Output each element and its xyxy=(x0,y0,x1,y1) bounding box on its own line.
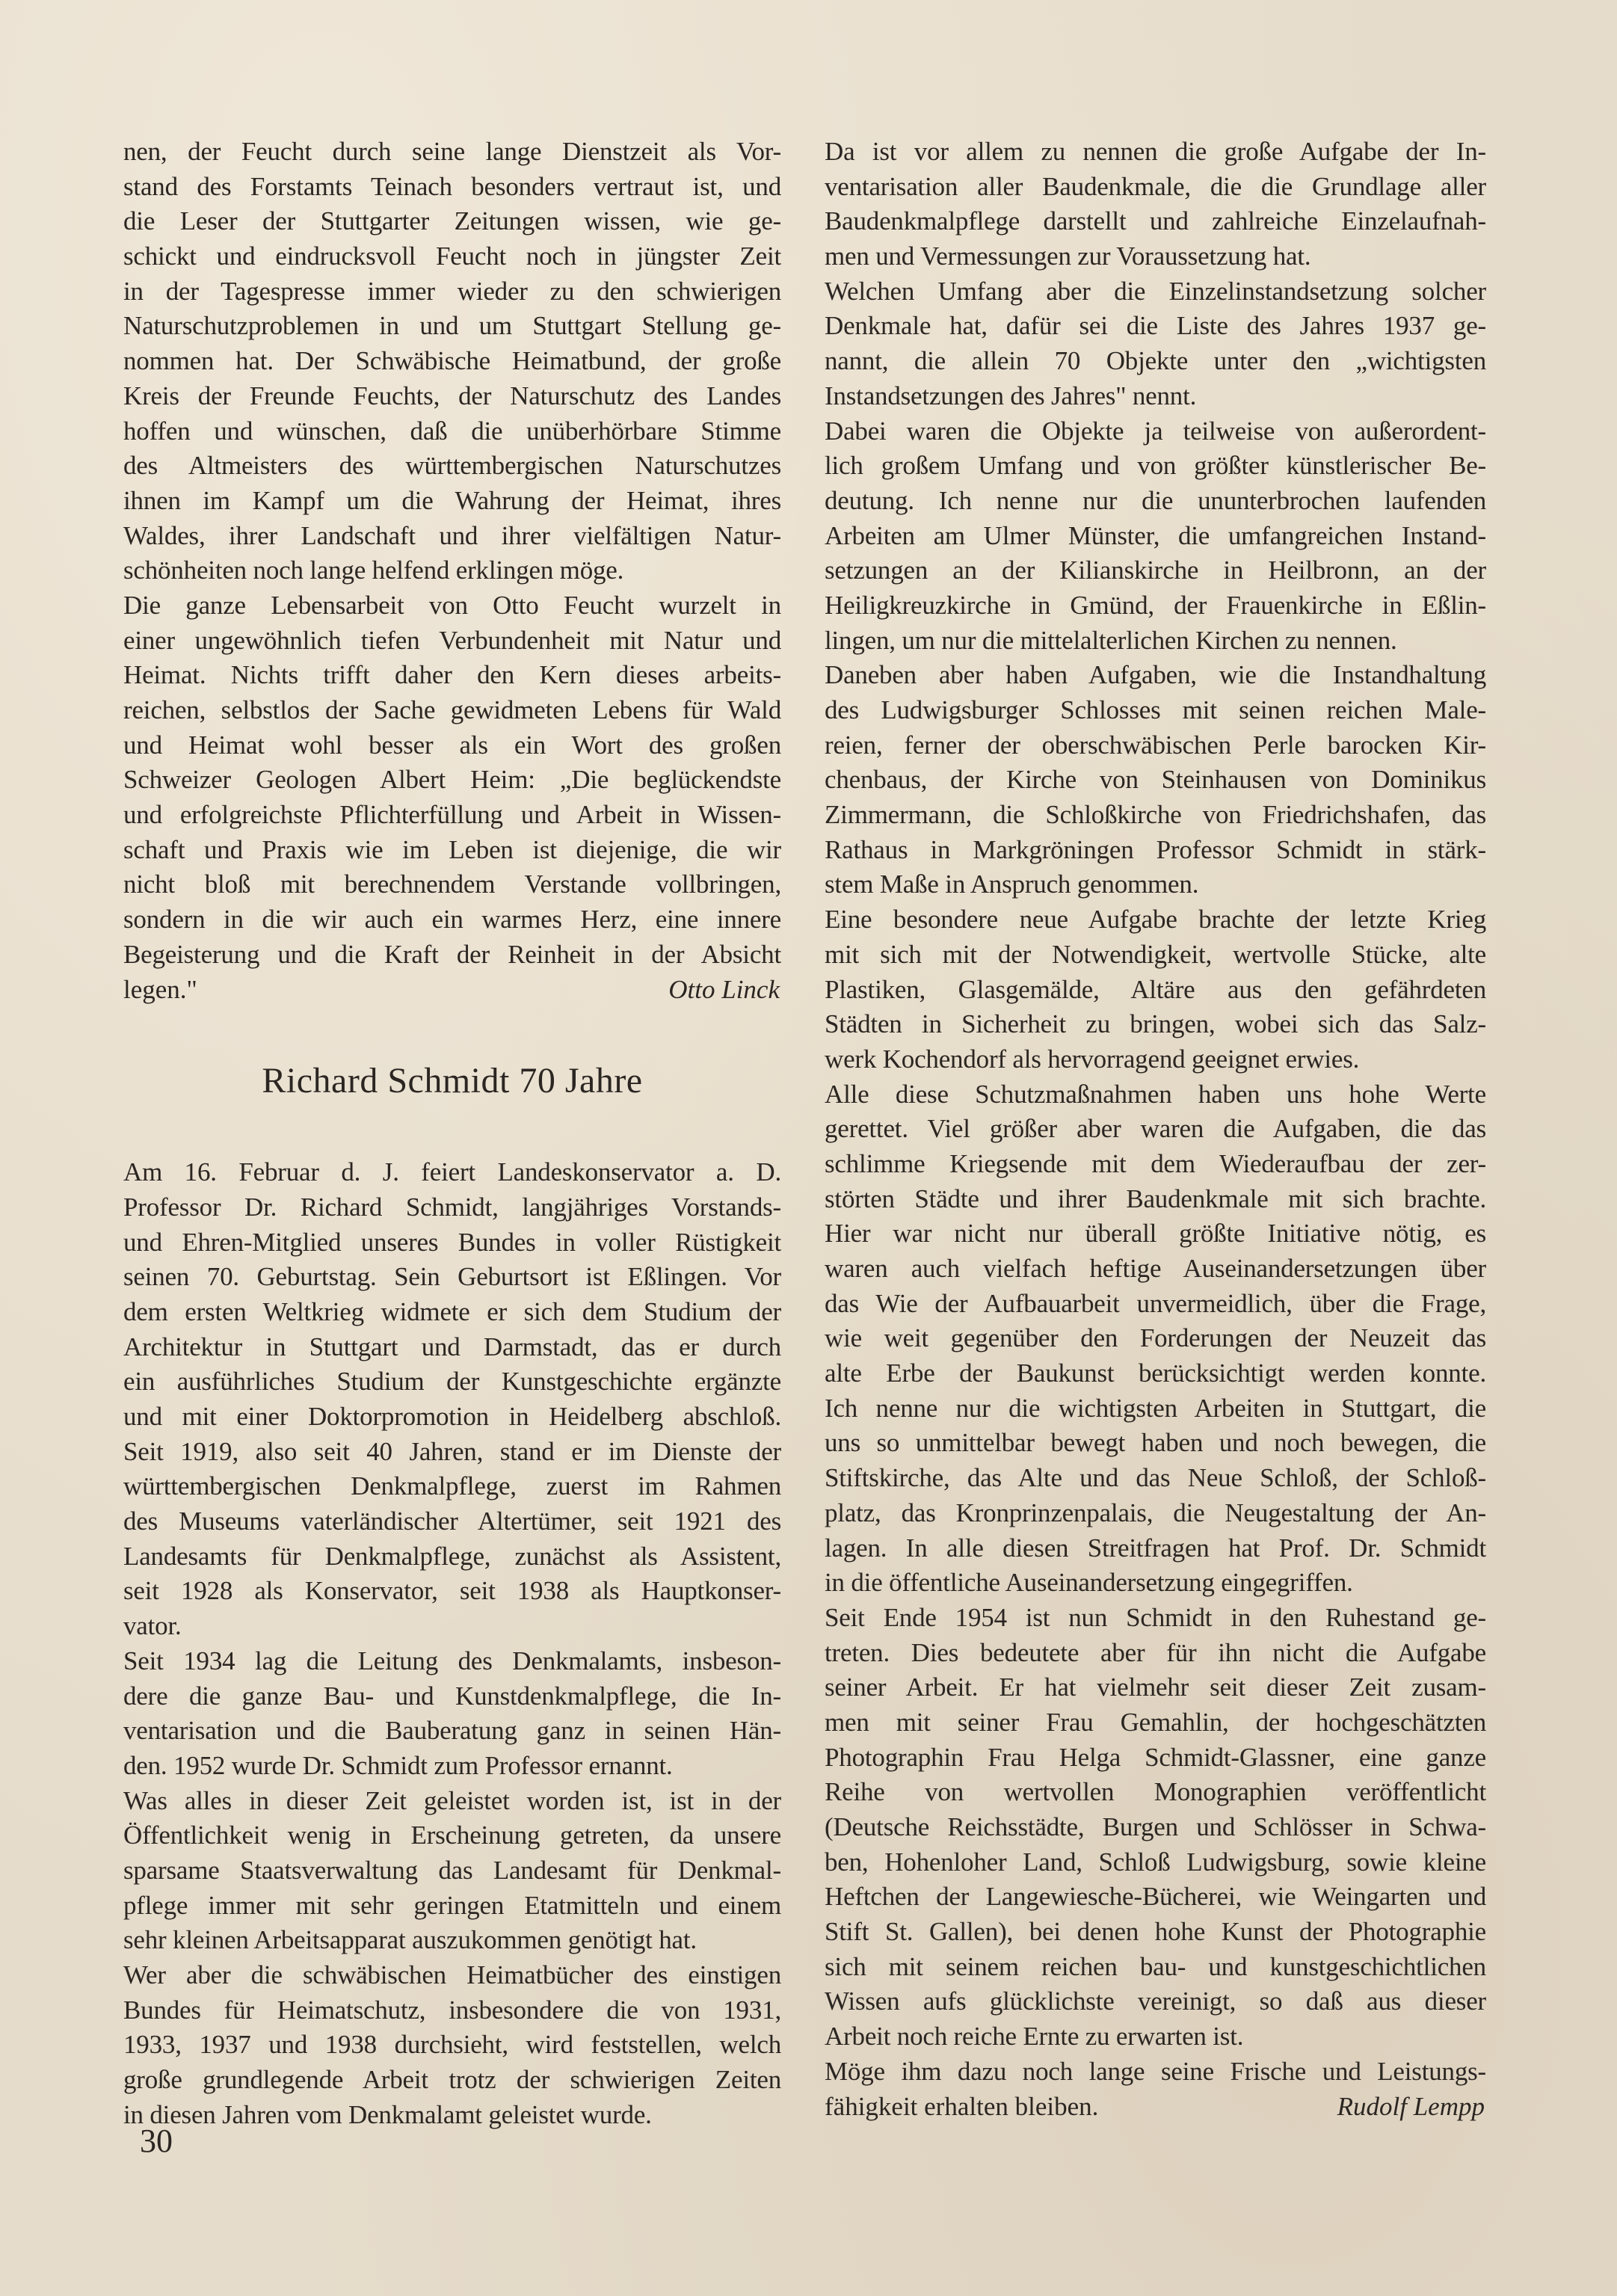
text-line: men mit seiner Frau Gemahlin, der hochge… xyxy=(825,1705,1486,1741)
text-line: des Museums vaterländischer Altertümer, … xyxy=(123,1504,781,1539)
text-line: mit sich mit der Notwendigkeit, wertvoll… xyxy=(825,938,1486,973)
text-line: in die öffentliche Auseinandersetzung ei… xyxy=(825,1566,1486,1601)
text-line: (Deutsche Reichsstädte, Burgen und Schlö… xyxy=(825,1810,1486,1845)
text-line: alte Erbe der Baukunst berücksichtigt we… xyxy=(825,1356,1486,1391)
text-line: lingen, um nur die mittelalterlichen Kir… xyxy=(825,624,1486,659)
text-line: Stiftskirche, das Alte und das Neue Schl… xyxy=(825,1461,1486,1496)
text-line: stand des Forstamts Teinach besonders ve… xyxy=(123,170,781,205)
signature-line: legen." Otto Linck xyxy=(123,973,781,1008)
text-line: sich mit seinem reichen bau- und kunstge… xyxy=(825,1950,1486,1985)
article-heading: Richard Schmidt 70 Jahre xyxy=(123,1007,781,1155)
text-line: in der Tagespresse immer wieder zu den s… xyxy=(123,274,781,310)
text-line: gerettet. Viel größer aber waren die Auf… xyxy=(825,1112,1486,1147)
text-line: schlimme Kriegsende mit dem Wiederaufbau… xyxy=(825,1147,1486,1182)
text-line: lich großem Umfang und von größter künst… xyxy=(825,449,1486,484)
right-column: Da ist vor allem zu nennen die große Auf… xyxy=(825,135,1486,2124)
text-line: Stift St. Gallen), bei denen hohe Kunst … xyxy=(825,1915,1486,1950)
closing-text: fähigkeit erhalten bleiben. xyxy=(825,2090,1098,2125)
feucht-article-continuation: nen, der Feucht durch seine lange Dienst… xyxy=(123,135,781,973)
text-line: hoffen und wünschen, daß die unüberhörba… xyxy=(123,414,781,449)
text-line: Reihe von wertvollen Monographien veröff… xyxy=(825,1775,1486,1810)
text-line: seit 1928 als Konservator, seit 1938 als… xyxy=(123,1574,781,1609)
text-line: und Heimat wohl besser als ein Wort des … xyxy=(123,728,781,763)
text-line: men und Vermessungen zur Voraussetzung h… xyxy=(825,239,1486,274)
left-column: nen, der Feucht durch seine lange Dienst… xyxy=(123,135,781,2132)
text-line: ihnen im Kampf um die Wahrung der Heimat… xyxy=(123,484,781,519)
text-line: Wer aber die schwäbischen Heimatbücher d… xyxy=(123,1958,781,1993)
text-line: Begeisterung und die Kraft der Reinheit … xyxy=(123,938,781,973)
text-line: Rathaus in Markgröningen Professor Schmi… xyxy=(825,833,1486,868)
text-line: werk Kochendorf als hervorragend geeigne… xyxy=(825,1042,1486,1077)
text-line: Städten in Sicherheit zu bringen, wobei … xyxy=(825,1007,1486,1042)
text-line: ben, Hohenloher Land, Schloß Ludwigsburg… xyxy=(825,1845,1486,1880)
text-line: Welchen Umfang aber die Einzelinstandset… xyxy=(825,274,1486,310)
text-line: seinen 70. Geburtstag. Sein Geburtsort i… xyxy=(123,1260,781,1295)
text-line: vator. xyxy=(123,1609,781,1644)
text-line: Daneben aber haben Aufgaben, wie die Ins… xyxy=(825,658,1486,693)
text-line: platz, das Kronprinzenpalais, die Neuges… xyxy=(825,1496,1486,1531)
text-line: 1933, 1937 und 1938 durchsieht, wird fes… xyxy=(123,2028,781,2063)
text-line: Heimat. Nichts trifft daher den Kern die… xyxy=(123,658,781,693)
text-line: ventarisation und die Bauberatung ganz i… xyxy=(123,1714,781,1749)
text-line: schönheiten noch lange helfend erklingen… xyxy=(123,553,781,588)
text-line: Zimmermann, die Schloßkirche von Friedri… xyxy=(825,798,1486,833)
text-line: Am 16. Februar d. J. feiert Landeskonser… xyxy=(123,1155,781,1190)
text-line: sondern in die wir auch ein warmes Herz,… xyxy=(123,902,781,938)
text-line: seiner Arbeit. Er hat vielmehr seit dies… xyxy=(825,1670,1486,1705)
text-line: Arbeit noch reiche Ernte zu erwarten ist… xyxy=(825,2019,1486,2055)
text-line: des Ludwigsburger Schlosses mit seinen r… xyxy=(825,693,1486,728)
text-line: reichen, selbstlos der Sache gewidmeten … xyxy=(123,693,781,728)
text-line: Professor Dr. Richard Schmidt, langjähri… xyxy=(123,1190,781,1225)
text-line: Da ist vor allem zu nennen die große Auf… xyxy=(825,135,1486,170)
text-line: Die ganze Lebensarbeit von Otto Feucht w… xyxy=(123,588,781,624)
text-line: Waldes, ihrer Landschaft und ihrer vielf… xyxy=(123,519,781,554)
text-line: sehr kleinen Arbeitsapparat auszukommen … xyxy=(123,1923,781,1958)
text-line: Architektur in Stuttgart und Darmstadt, … xyxy=(123,1330,781,1365)
author-signature: Rudolf Lempp xyxy=(1337,2090,1486,2125)
text-line: in diesen Jahren vom Denkmalamt geleiste… xyxy=(123,2098,781,2133)
text-line: ventarisation aller Baudenkmale, die die… xyxy=(825,170,1486,205)
text-line: treten. Dies bedeutete aber für ihn nich… xyxy=(825,1636,1486,1671)
text-line: nannt, die allein 70 Objekte unter den „… xyxy=(825,344,1486,379)
text-line: Seit Ende 1954 ist nun Schmidt in den Ru… xyxy=(825,1601,1486,1636)
text-line: lagen. In alle diesen Streitfragen hat P… xyxy=(825,1531,1486,1566)
text-line: Landesamts für Denkmalpflege, zunächst a… xyxy=(123,1539,781,1575)
text-line: Heftchen der Langewiesche-Bücherei, wie … xyxy=(825,1880,1486,1915)
text-line: Seit 1934 lag die Leitung des Denkmalamt… xyxy=(123,1644,781,1679)
text-line: uns so unmittelbar bewegt haben und noch… xyxy=(825,1426,1486,1461)
text-line: sparsame Staatsverwaltung das Landesamt … xyxy=(123,1853,781,1889)
text-line: Kreis der Freunde Feuchts, der Naturschu… xyxy=(123,379,781,414)
text-line: Denkmale hat, dafür sei die Liste des Ja… xyxy=(825,309,1486,344)
text-line: nicht bloß mit berechnendem Verstande vo… xyxy=(123,867,781,902)
text-line: Seit 1919, also seit 40 Jahren, stand er… xyxy=(123,1435,781,1470)
text-line: Schweizer Geologen Albert Heim: „Die beg… xyxy=(123,763,781,798)
text-line: nen, der Feucht durch seine lange Dienst… xyxy=(123,135,781,170)
schmidt-article-body: Am 16. Februar d. J. feiert Landeskonser… xyxy=(123,1155,781,2132)
text-line: Dabei waren die Objekte ja teilweise von… xyxy=(825,414,1486,449)
text-line: Öffentlichkeit wenig in Erscheinung getr… xyxy=(123,1818,781,1853)
text-line: Möge ihm dazu noch lange seine Frische u… xyxy=(825,2055,1486,2090)
text-line: chenbaus, der Kirche von Steinhausen von… xyxy=(825,763,1486,798)
signature-line: fähigkeit erhalten bleiben. Rudolf Lempp xyxy=(825,2090,1486,2125)
text-line: deutung. Ich nenne nur die ununterbroche… xyxy=(825,484,1486,519)
text-line: Wissen aufs glücklichste vereinigt, so d… xyxy=(825,1984,1486,2019)
page-number: 30 xyxy=(140,2122,173,2160)
text-line: störten Städte und ihrer Baudenkmale mit… xyxy=(825,1182,1486,1217)
text-line: Plastiken, Glasgemälde, Altäre aus den g… xyxy=(825,973,1486,1008)
text-line: setzungen an der Kilianskirche in Heilbr… xyxy=(825,553,1486,588)
text-line: Alle diese Schutzmaßnahmen haben uns hoh… xyxy=(825,1077,1486,1112)
text-line: wie weit gegenüber den Forderungen der N… xyxy=(825,1321,1486,1356)
text-line: pflege immer mit sehr geringen Etatmitte… xyxy=(123,1889,781,1924)
schmidt-article-continuation: Da ist vor allem zu nennen die große Auf… xyxy=(825,135,1486,2090)
text-line: die Leser der Stuttgarter Zeitungen wiss… xyxy=(123,204,781,239)
text-line: das Wie der Aufbauarbeit unvermeidlich, … xyxy=(825,1287,1486,1322)
text-line: große grundlegende Arbeit trotz der schw… xyxy=(123,2063,781,2098)
text-line: Photographin Frau Helga Schmidt-Glassner… xyxy=(825,1741,1486,1776)
text-line: Bundes für Heimatschutz, insbesondere di… xyxy=(123,1993,781,2028)
text-line: Eine besondere neue Aufgabe brachte der … xyxy=(825,902,1486,938)
text-line: Ich nenne nur die wichtigsten Arbeiten i… xyxy=(825,1391,1486,1426)
text-line: schaft und Praxis wie im Leben ist dieje… xyxy=(123,833,781,868)
text-line: Hier war nicht nur überall größte Initia… xyxy=(825,1216,1486,1252)
text-line: Baudenkmalpflege darstellt und zahlreich… xyxy=(825,204,1486,239)
text-line: einer ungewöhnlich tiefen Verbundenheit … xyxy=(123,624,781,659)
text-line: stem Maße in Anspruch genommen. xyxy=(825,867,1486,902)
text-line: Arbeiten am Ulmer Münster, die umfangrei… xyxy=(825,519,1486,554)
text-line: Instandsetzungen des Jahres" nennt. xyxy=(825,379,1486,414)
text-line: dere die ganze Bau- und Kunstdenkmalpfle… xyxy=(123,1679,781,1714)
text-line: und mit einer Doktorpromotion in Heidelb… xyxy=(123,1400,781,1435)
text-line: den. 1952 wurde Dr. Schmidt zum Professo… xyxy=(123,1749,781,1784)
text-line: ein ausführliches Studium der Kunstgesch… xyxy=(123,1364,781,1400)
text-line: und erfolgreichste Pflichterfüllung und … xyxy=(123,798,781,833)
author-signature: Otto Linck xyxy=(668,973,781,1008)
text-line: Was alles in dieser Zeit geleistet worde… xyxy=(123,1784,781,1819)
text-line: reien, ferner der oberschwäbischen Perle… xyxy=(825,728,1486,763)
text-line: Naturschutzproblemen in und um Stuttgart… xyxy=(123,309,781,344)
text-line: des Altmeisters des württembergischen Na… xyxy=(123,449,781,484)
text-line: und Ehren-Mitglied unseres Bundes in vol… xyxy=(123,1225,781,1261)
text-line: württembergischen Denkmalpflege, zuerst … xyxy=(123,1469,781,1504)
text-line: Heiligkreuzkirche in Gmünd, der Frauenki… xyxy=(825,588,1486,624)
closing-text: legen." xyxy=(123,973,197,1008)
text-line: waren auch vielfach heftige Auseinanders… xyxy=(825,1252,1486,1287)
text-line: schickt und eindrucksvoll Feucht noch in… xyxy=(123,239,781,274)
text-line: dem ersten Weltkrieg widmete er sich dem… xyxy=(123,1295,781,1330)
text-line: nommen hat. Der Schwäbische Heimatbund, … xyxy=(123,344,781,379)
